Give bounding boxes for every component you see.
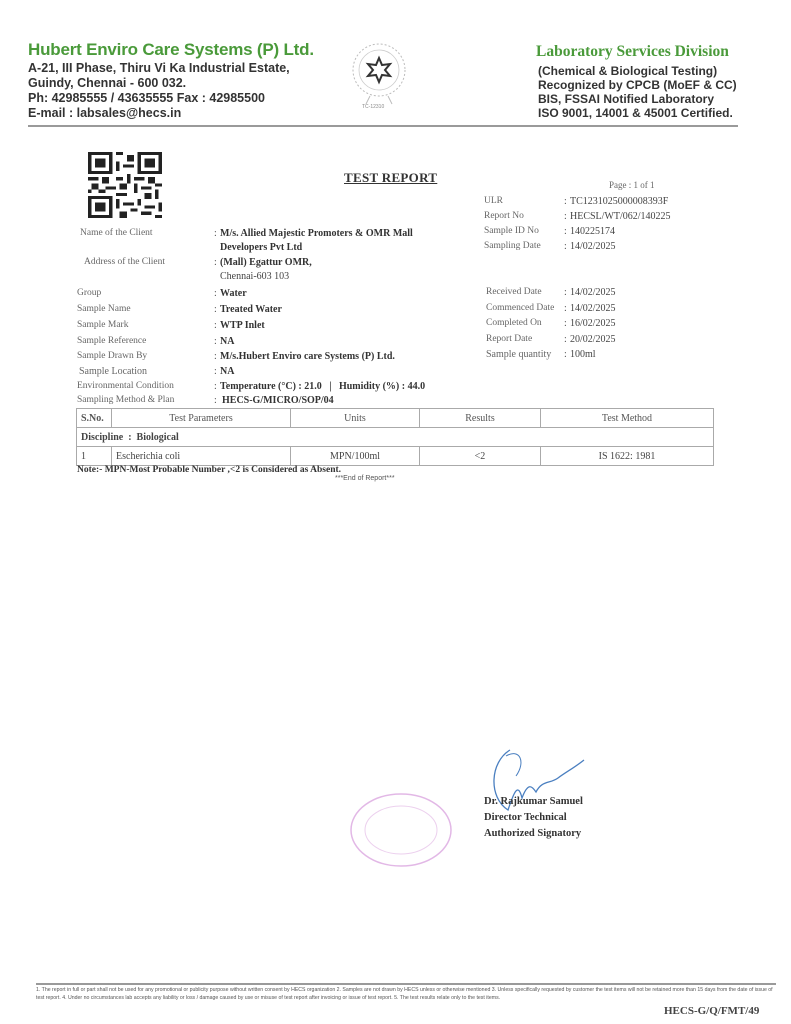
completed-on-value: 16/02/2025 xyxy=(570,318,616,329)
division-line-1: (Chemical & Biological Testing) xyxy=(538,64,717,79)
colon: : xyxy=(564,196,567,207)
colon: : xyxy=(214,395,217,406)
header-divider xyxy=(28,125,738,127)
received-date-value: 14/02/2025 xyxy=(570,287,616,298)
client-address-value: (Mall) Egattur OMR, xyxy=(220,257,312,268)
lab-stamp-icon xyxy=(346,790,456,870)
colon: : xyxy=(214,228,217,239)
sample-quantity-value: 100ml xyxy=(570,349,596,360)
email: E-mail : labsales@hecs.in xyxy=(28,106,181,121)
colon: : xyxy=(214,304,217,315)
completed-on-label: Completed On xyxy=(486,318,542,328)
sample-id-label: Sample ID No xyxy=(484,226,539,236)
colon: : xyxy=(214,288,217,299)
sample-drawn-by-label: Sample Drawn By xyxy=(77,351,147,361)
results-table: S.No. Test Parameters Units Results Test… xyxy=(76,408,714,466)
commenced-date-value: 14/02/2025 xyxy=(570,303,616,314)
sample-drawn-by-value: M/s.Hubert Enviro care Systems (P) Ltd. xyxy=(220,351,395,362)
table-row: 1 Escherichia coli MPN/100ml <2 IS 1622:… xyxy=(77,447,714,466)
report-date-value: 20/02/2025 xyxy=(570,334,616,345)
phone-fax: Ph: 42985555 / 43635555 Fax : 42985500 xyxy=(28,91,265,106)
sample-reference-value: NA xyxy=(220,336,234,347)
company-name: Hubert Enviro Care Systems (P) Ltd. xyxy=(28,40,314,60)
colon: : xyxy=(214,381,217,392)
commenced-date-label: Commenced Date xyxy=(486,303,554,313)
page-number: Page : 1 of 1 xyxy=(609,180,655,190)
group-value: Water xyxy=(220,288,247,299)
environmental-condition-label: Environmental Condition xyxy=(77,381,174,391)
accreditation-seal-icon: TC-12310 xyxy=(348,40,410,112)
cell-units: MPN/100ml xyxy=(291,447,420,466)
sample-name-label: Sample Name xyxy=(77,304,131,314)
division-title: Laboratory Services Division xyxy=(536,43,729,61)
sample-id-value: 140225174 xyxy=(570,226,615,237)
sampling-date-value: 14/02/2025 xyxy=(570,241,616,252)
seal-caption: TC-12310 xyxy=(362,104,384,110)
environmental-condition-value: Temperature (°C) : 21.0 | Humidity (%) :… xyxy=(220,381,425,392)
discipline-row: Discipline : Biological xyxy=(77,428,714,447)
client-name-value: M/s. Allied Majestic Promoters & OMR Mal… xyxy=(220,228,413,239)
end-of-report: ***End of Report*** xyxy=(335,475,395,482)
colon: : xyxy=(564,211,567,222)
division-line-2: Recognized by CPCB (MoEF & CC) xyxy=(538,78,737,93)
client-address-value-2: Chennai-603 103 xyxy=(220,271,289,282)
note: Note:- MPN-Most Probable Number ,<2 is C… xyxy=(77,465,341,475)
table-header-row: S.No. Test Parameters Units Results Test… xyxy=(77,409,714,428)
footer-divider xyxy=(36,983,776,985)
form-number: HECS-G/Q/FMT/49 xyxy=(664,1005,759,1017)
colon: : xyxy=(214,336,217,347)
col-units: Units xyxy=(291,409,420,428)
col-results: Results xyxy=(420,409,541,428)
colon: : xyxy=(214,257,217,268)
colon: : xyxy=(214,320,217,331)
col-test-parameters: Test Parameters xyxy=(112,409,291,428)
sampling-method-value: HECS-G/MICRO/SOP/04 xyxy=(222,395,334,406)
colon: : xyxy=(564,349,567,360)
division-line-4: ISO 9001, 14001 & 45001 Certified. xyxy=(538,106,733,121)
client-name-label: Name of the Client xyxy=(80,228,153,238)
cell-sno: 1 xyxy=(77,447,112,466)
colon: : xyxy=(564,303,567,314)
cell-parameter: Escherichia coli xyxy=(112,447,291,466)
signatory-designation: Director Technical xyxy=(484,810,567,826)
sample-location-value: NA xyxy=(220,366,234,377)
ulr-label: ULR xyxy=(484,196,503,206)
colon: : xyxy=(564,241,567,252)
client-address-label: Address of the Client xyxy=(84,257,165,267)
group-label: Group xyxy=(77,288,101,298)
report-title: TEST REPORT xyxy=(344,170,437,186)
sample-quantity-label: Sample quantity xyxy=(486,349,551,360)
sample-mark-value: WTP Inlet xyxy=(220,320,265,331)
colon: : xyxy=(564,287,567,298)
sampling-date-label: Sampling Date xyxy=(484,241,541,251)
sample-reference-label: Sample Reference xyxy=(77,336,146,346)
sampling-method-label: Sampling Method & Plan xyxy=(77,395,174,405)
sample-location-label: Sample Location xyxy=(79,366,147,377)
footer-disclaimer: 1. The report in full or part shall not … xyxy=(36,986,778,1002)
sample-name-value: Treated Water xyxy=(220,304,282,315)
division-line-3: BIS, FSSAI Notified Laboratory xyxy=(538,92,714,107)
colon: : xyxy=(564,334,567,345)
client-name-value-2: Developers Pvt Ltd xyxy=(220,242,302,253)
signatory-name: Dr. Rajkumar Samuel xyxy=(484,794,583,810)
cell-result: <2 xyxy=(420,447,541,466)
sample-mark-label: Sample Mark xyxy=(77,320,128,330)
report-no-label: Report No xyxy=(484,211,524,221)
report-date-label: Report Date xyxy=(486,334,532,344)
cell-method: IS 1622: 1981 xyxy=(541,447,714,466)
colon: : xyxy=(564,318,567,329)
address-line-1: A-21, III Phase, Thiru Vi Ka Industrial … xyxy=(28,61,290,76)
colon: : xyxy=(564,226,567,237)
ulr-value: TC1231025000008393F xyxy=(570,196,668,207)
col-sno: S.No. xyxy=(77,409,112,428)
qr-code-icon[interactable] xyxy=(88,152,162,218)
address-line-2: Guindy, Chennai - 600 032. xyxy=(28,76,186,91)
report-no-value: HECSL/WT/062/140225 xyxy=(570,211,671,222)
received-date-label: Received Date xyxy=(486,287,542,297)
signatory-role: Authorized Signatory xyxy=(484,826,581,842)
colon: : xyxy=(214,366,217,377)
colon: : xyxy=(214,351,217,362)
col-test-method: Test Method xyxy=(541,409,714,428)
discipline: Discipline : Biological xyxy=(77,428,714,447)
